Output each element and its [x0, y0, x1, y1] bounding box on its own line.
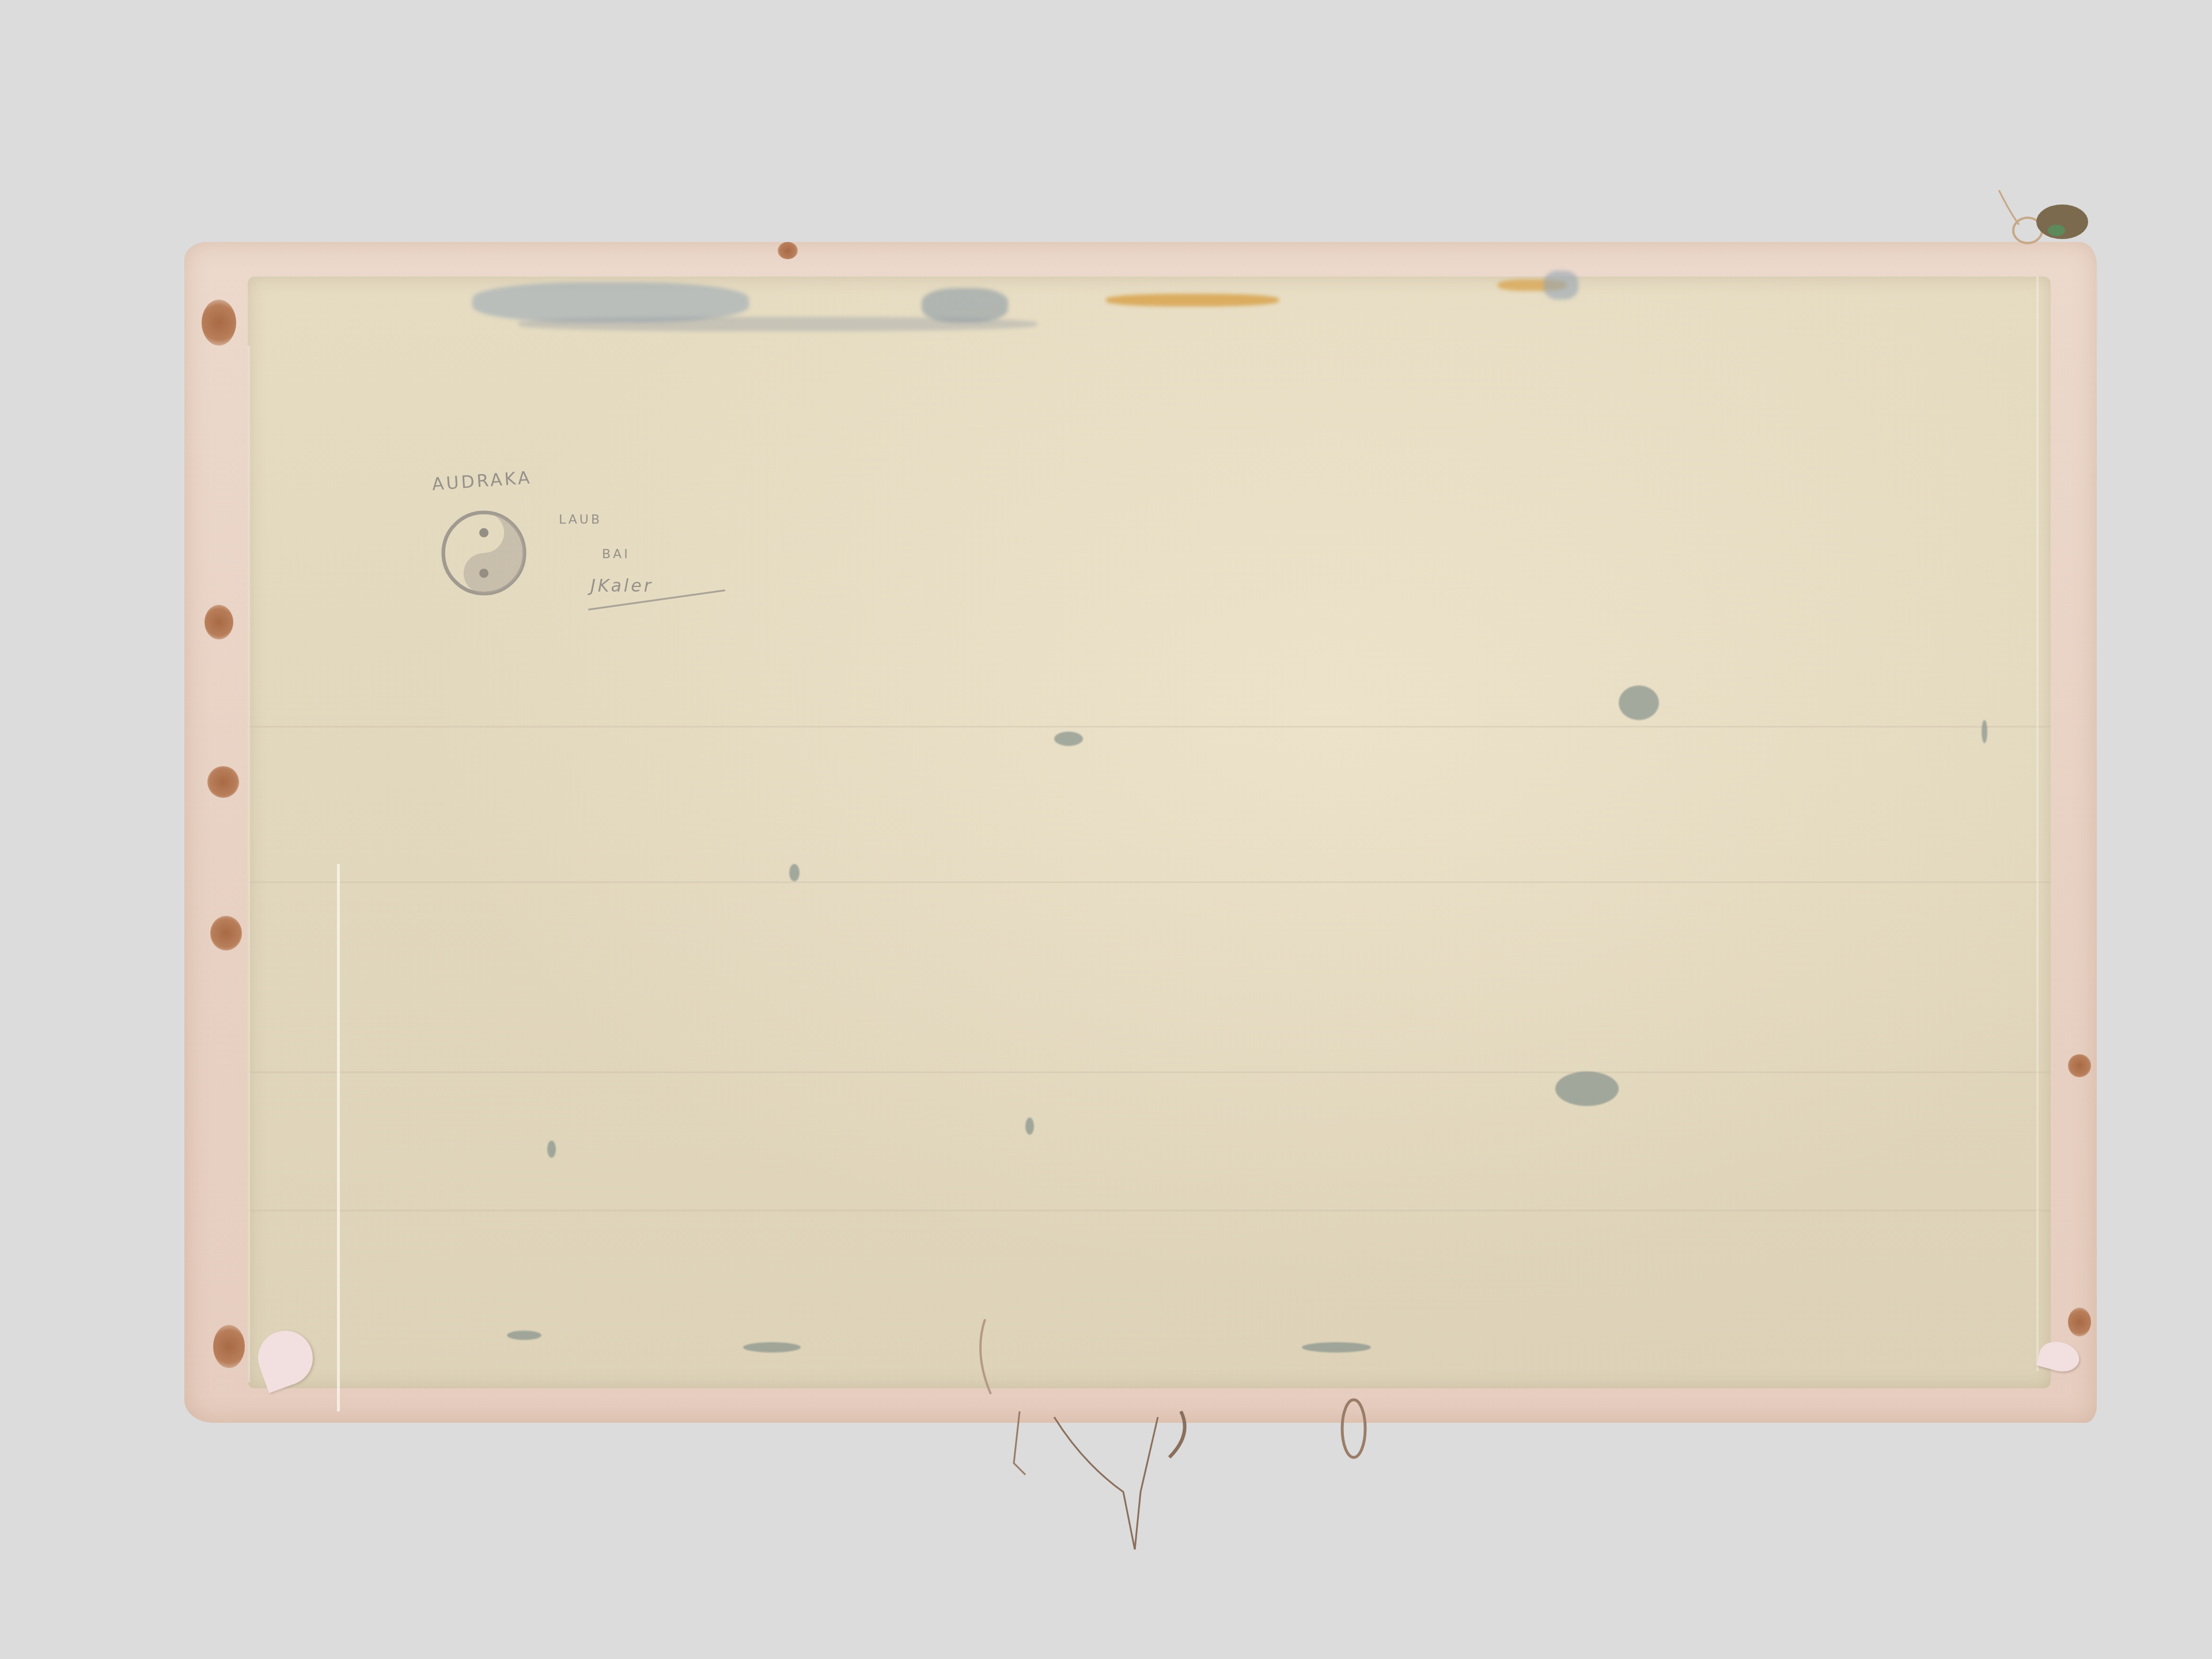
- rust-stain: [210, 916, 242, 950]
- orange-paint-bleed: [1106, 294, 1279, 306]
- stretcher-bar-line: [2036, 276, 2039, 1371]
- paint-speck: [1982, 720, 1987, 743]
- stretcher-bar-line: [248, 346, 250, 1382]
- rust-stain: [202, 300, 236, 346]
- blue-paint-bleed: [518, 317, 1037, 331]
- paint-speck: [1054, 732, 1083, 746]
- rust-stain: [778, 242, 798, 259]
- inscription-line-2: LAUB: [559, 513, 602, 527]
- blue-paint-bleed: [1544, 271, 1578, 300]
- frayed-corner-debris: [1987, 190, 2091, 248]
- paint-speck: [1025, 1118, 1034, 1135]
- photo-scene: AUDRAKA LAUB BAI JKaler: [0, 0, 2212, 1659]
- rust-stain: [213, 1325, 245, 1368]
- canvas-fold-line: [248, 1210, 2051, 1211]
- paint-speck: [789, 864, 800, 881]
- rust-stain: [2068, 1054, 2091, 1077]
- paint-speck: [507, 1331, 541, 1340]
- canvas-fold-line: [248, 726, 2051, 728]
- artist-signature: JKaler: [590, 576, 653, 596]
- canvas-fold-line: [248, 1071, 2051, 1073]
- rust-stain: [2068, 1308, 2091, 1336]
- inscription-title: AUDRAKA: [431, 468, 532, 495]
- rust-stain: [204, 605, 233, 639]
- yin-yang-icon: [435, 507, 533, 599]
- paint-speck: [743, 1342, 801, 1353]
- artist-inscription: AUDRAKA LAUB BAI JKaler: [426, 461, 829, 628]
- rust-stain: [207, 766, 239, 798]
- inscription-line-3: BAI: [602, 547, 630, 562]
- paint-speck: [547, 1141, 556, 1158]
- canvas-back-surface: [248, 276, 2051, 1388]
- paint-speck: [1555, 1071, 1619, 1106]
- loose-threads: [950, 1319, 1642, 1550]
- stretcher-bar-line: [337, 864, 340, 1411]
- paint-speck: [1619, 685, 1659, 720]
- canvas-fold-line: [248, 881, 2051, 883]
